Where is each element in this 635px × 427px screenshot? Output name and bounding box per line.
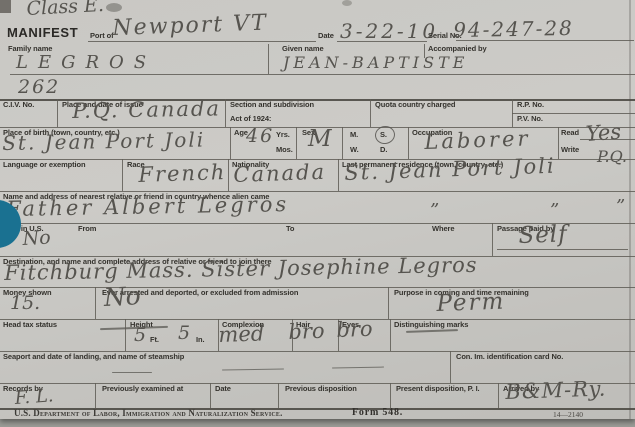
read-label: Read <box>561 129 579 138</box>
divider <box>338 159 339 191</box>
scan-artifact <box>0 0 11 13</box>
where-label: Where <box>432 225 454 234</box>
divider <box>296 127 297 159</box>
race-value: French <box>138 160 227 187</box>
last-residence-province: P.Q. <box>597 147 627 166</box>
manifest-card: Class E. MANIFEST Port of Newport VT Dat… <box>0 0 635 419</box>
pv-no-label: P.V. No. <box>517 115 543 124</box>
head-tax-label: Head tax status <box>3 321 57 330</box>
place-date-issue-value: P.Q. Canada <box>72 96 221 123</box>
nearest-relative-value: Father Albert Legros <box>6 192 289 221</box>
distinguishing-marks-dash <box>406 329 458 333</box>
date-value: 3-22-10 <box>340 19 438 43</box>
handwritten-dash <box>332 367 384 369</box>
ditto-mark: ” <box>616 196 625 217</box>
height-ft-value: 5 <box>134 324 146 346</box>
divider <box>10 74 635 75</box>
divider <box>210 383 211 408</box>
scan-artifact <box>342 0 352 6</box>
divider <box>512 113 635 114</box>
arrived-by-value: B&M-Ry. <box>505 376 607 404</box>
divider <box>125 319 126 351</box>
purpose-value: Perm <box>436 289 506 317</box>
divider <box>370 99 371 127</box>
divider <box>337 41 427 42</box>
nationality-value: Canada <box>233 160 326 187</box>
rp-no-label: R.P. No. <box>517 101 544 110</box>
place-of-birth-value: St. Jean Port Joli <box>2 127 205 155</box>
divider <box>230 127 231 159</box>
divider <box>225 99 226 127</box>
divider <box>492 223 493 256</box>
seaport-landing-label: Seaport and date of landing, and name of… <box>3 353 184 362</box>
read-write-value: Yes <box>585 120 622 146</box>
married-label: M. <box>350 131 358 140</box>
scan-artifact <box>106 3 122 12</box>
section-subdivision-label: Section and subdivision <box>230 101 314 110</box>
port-value: Newport VT <box>112 11 268 41</box>
divider <box>268 44 269 74</box>
yrs-label: Yrs. <box>276 131 290 140</box>
occupation-value: Laborer <box>424 126 531 154</box>
divider <box>95 287 96 319</box>
ft-label: Ft. <box>150 336 159 345</box>
class-annotation: Class E. <box>26 0 104 20</box>
divider <box>122 159 123 191</box>
language-exemption-label: Language or exemption <box>3 161 86 170</box>
agency-imprint: U.S. Department of Labor, Immigration an… <box>14 408 283 418</box>
divider <box>498 383 499 408</box>
ever-in-us-value: No <box>22 227 51 250</box>
ditto-mark: ” <box>430 200 439 221</box>
height-in-value: 5 <box>178 322 190 344</box>
sex-value: M <box>308 126 332 152</box>
write-label: Write <box>561 146 579 155</box>
from-label: From <box>78 225 96 234</box>
divider <box>390 383 391 408</box>
card-edge-shadow <box>629 0 631 419</box>
given-name-value: JEAN-BAPTISTE <box>283 53 468 72</box>
divider <box>558 127 559 159</box>
divider <box>388 287 389 319</box>
records-by-value: F. L. <box>14 385 54 409</box>
eyes-value: bro <box>336 317 373 342</box>
handwritten-dash <box>222 368 284 370</box>
age-value: 46 <box>246 125 274 147</box>
in-label: In. <box>196 336 204 345</box>
previously-examined-label: Previously examined at <box>102 385 183 394</box>
manifest-number: 262 <box>18 76 60 98</box>
port-label: Port of <box>90 32 113 41</box>
divider <box>278 383 279 408</box>
divider <box>342 127 343 159</box>
hair-value: bro <box>288 319 325 344</box>
present-disposition-label: Present disposition, P. I. <box>396 385 480 394</box>
divider <box>497 249 628 250</box>
previous-disposition-label: Previous disposition <box>285 385 357 394</box>
ever-arrested-value: No <box>103 281 141 312</box>
con-im-card-label: Con. Im. identification card No. <box>456 353 563 362</box>
complexion-value: med <box>218 321 265 347</box>
widowed-label: W. <box>350 146 359 155</box>
quota-country-label: Quota country charged <box>375 101 455 110</box>
divider <box>456 40 634 41</box>
family-name-value: LEGROS <box>16 52 156 73</box>
divider <box>450 351 451 383</box>
handwritten-dash <box>112 372 152 373</box>
passage-paid-by-value: Self <box>518 221 568 249</box>
ditto-mark: ” <box>550 200 559 221</box>
divider <box>408 127 409 159</box>
mos-label: Mos. <box>276 146 293 155</box>
form-number: Form 548. <box>352 407 403 418</box>
divider <box>390 319 391 351</box>
money-shown-value: 15. <box>10 292 40 314</box>
act-of-1924-label: Act of 1924: <box>230 115 271 124</box>
scanned-manifest-page: { "scan": { "class_note": "Class E." }, … <box>0 0 635 427</box>
divider <box>88 41 316 42</box>
civ-no-label: C.I.V. No. <box>3 101 34 110</box>
to-label: To <box>286 225 294 234</box>
divider <box>57 99 58 127</box>
divorced-label: D. <box>380 146 387 155</box>
divider <box>228 159 229 191</box>
date-label: Date <box>318 32 334 41</box>
divider <box>95 383 96 408</box>
record-date-label: Date <box>215 385 231 394</box>
form-title: MANIFEST <box>7 25 78 40</box>
print-code: 14—2140 <box>553 410 583 419</box>
serial-value: 94-247-28 <box>453 16 574 42</box>
